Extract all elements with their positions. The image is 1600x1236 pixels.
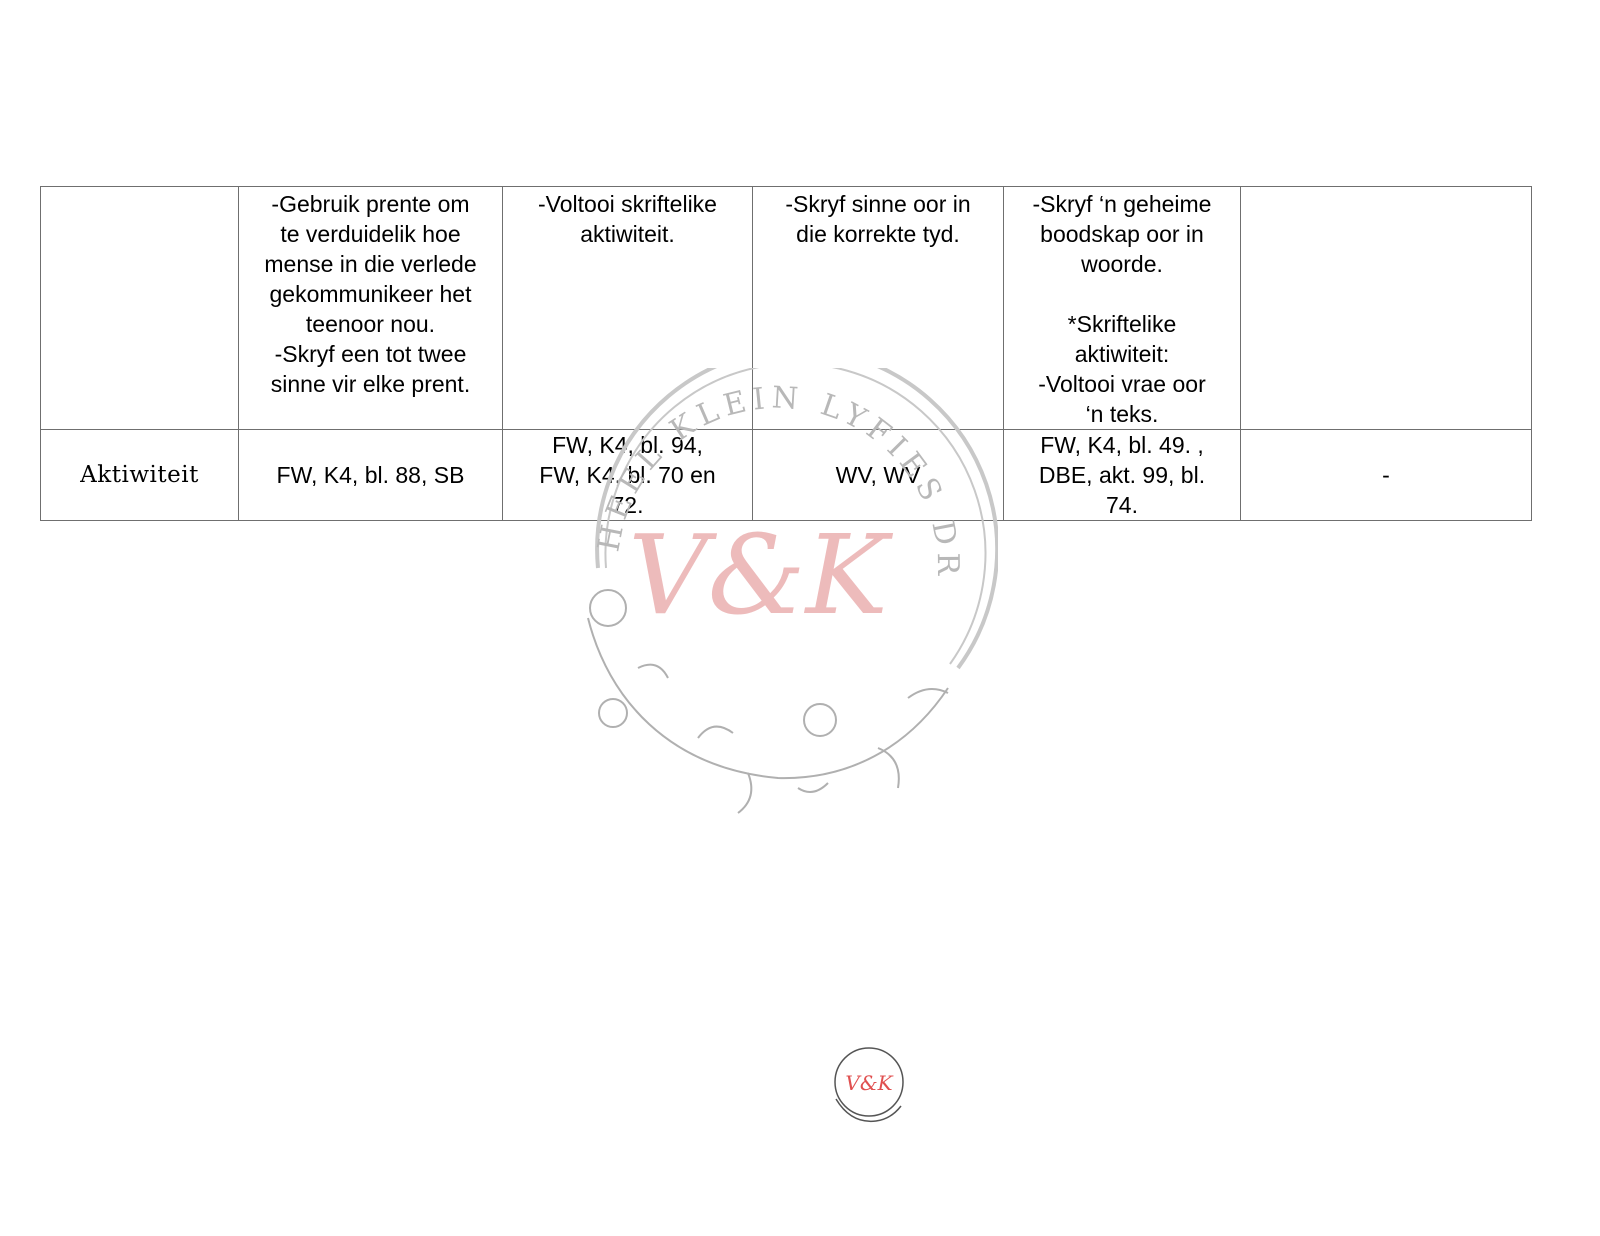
- table-cell: -Skryf ‘n geheimeboodskap oor inwoorde.*…: [1004, 187, 1241, 430]
- floral-wreath-icon: [588, 590, 948, 813]
- cell-line: FW, K4, bl. 70 en: [509, 460, 746, 490]
- cell-line: aktiwiteit.: [509, 219, 746, 249]
- table-cell: [1241, 187, 1532, 430]
- table-row: -Gebruik prente omte verduidelik hoemens…: [41, 187, 1532, 430]
- cell-line: 72.: [509, 490, 746, 520]
- table-cell: FW, K4, bl. 49. ,DBE, akt. 99, bl.74.: [1004, 430, 1241, 521]
- cell-line: -Skryf sinne oor in: [759, 189, 997, 219]
- cell-line: -Voltooi vrae oor: [1010, 369, 1234, 399]
- cell-line: sinne vir elke prent.: [245, 369, 496, 399]
- cell-line: -Voltooi skriftelike: [509, 189, 746, 219]
- footer-monogram: V&K: [845, 1071, 893, 1095]
- cell-line: -Skryf een tot twee: [245, 339, 496, 369]
- cell-line: aktiwiteit:: [1010, 339, 1234, 369]
- cell-line: woorde.: [1010, 249, 1234, 279]
- cell-line: te verduidelik hoe: [245, 219, 496, 249]
- row-label-cell: Aktiwiteit: [41, 430, 239, 521]
- table-row: Aktiwiteit FW, K4, bl. 88, SB FW, K4, bl…: [41, 430, 1532, 521]
- lesson-plan-table: -Gebruik prente omte verduidelik hoemens…: [40, 186, 1532, 521]
- cell-line: boodskap oor in: [1010, 219, 1234, 249]
- table-cell: -Skryf sinne oor indie korrekte tyd.: [753, 187, 1004, 430]
- watermark-monogram: V&K: [628, 511, 893, 639]
- cell-line: FW, K4, bl. 94,: [509, 430, 746, 460]
- cell-line: 74.: [1010, 490, 1234, 520]
- footer-logo: V&K: [828, 1044, 910, 1126]
- cell-line: ‘n teks.: [1010, 399, 1234, 429]
- cell-line: *Skriftelike: [1010, 309, 1234, 339]
- table-cell: -: [1241, 430, 1532, 521]
- cell-line: die korrekte tyd.: [759, 219, 997, 249]
- table-cell: FW, K4, bl. 94,FW, K4, bl. 70 en72.: [503, 430, 753, 521]
- cell-line: [1010, 279, 1234, 309]
- table-cell: -Voltooi skriftelikeaktiwiteit.: [503, 187, 753, 430]
- row-label-cell: [41, 187, 239, 430]
- cell-line: mense in die verlede: [245, 249, 496, 279]
- table-cell: -Gebruik prente omte verduidelik hoemens…: [239, 187, 503, 430]
- table-cell: WV, WV: [753, 430, 1004, 521]
- cell-line: -Skryf ‘n geheime: [1010, 189, 1234, 219]
- footer-wreath-icon: [836, 1099, 901, 1121]
- cell-line: -Gebruik prente om: [245, 189, 496, 219]
- cell-line: FW, K4, bl. 49. ,: [1010, 430, 1234, 460]
- table-cell: FW, K4, bl. 88, SB: [239, 430, 503, 521]
- cell-line: WV, WV: [759, 460, 997, 490]
- cell-line: teenoor nou.: [245, 309, 496, 339]
- cell-line: -: [1247, 460, 1525, 490]
- cell-line: gekommunikeer het: [245, 279, 496, 309]
- cell-line: DBE, akt. 99, bl.: [1010, 460, 1234, 490]
- cell-line: FW, K4, bl. 88, SB: [245, 460, 496, 490]
